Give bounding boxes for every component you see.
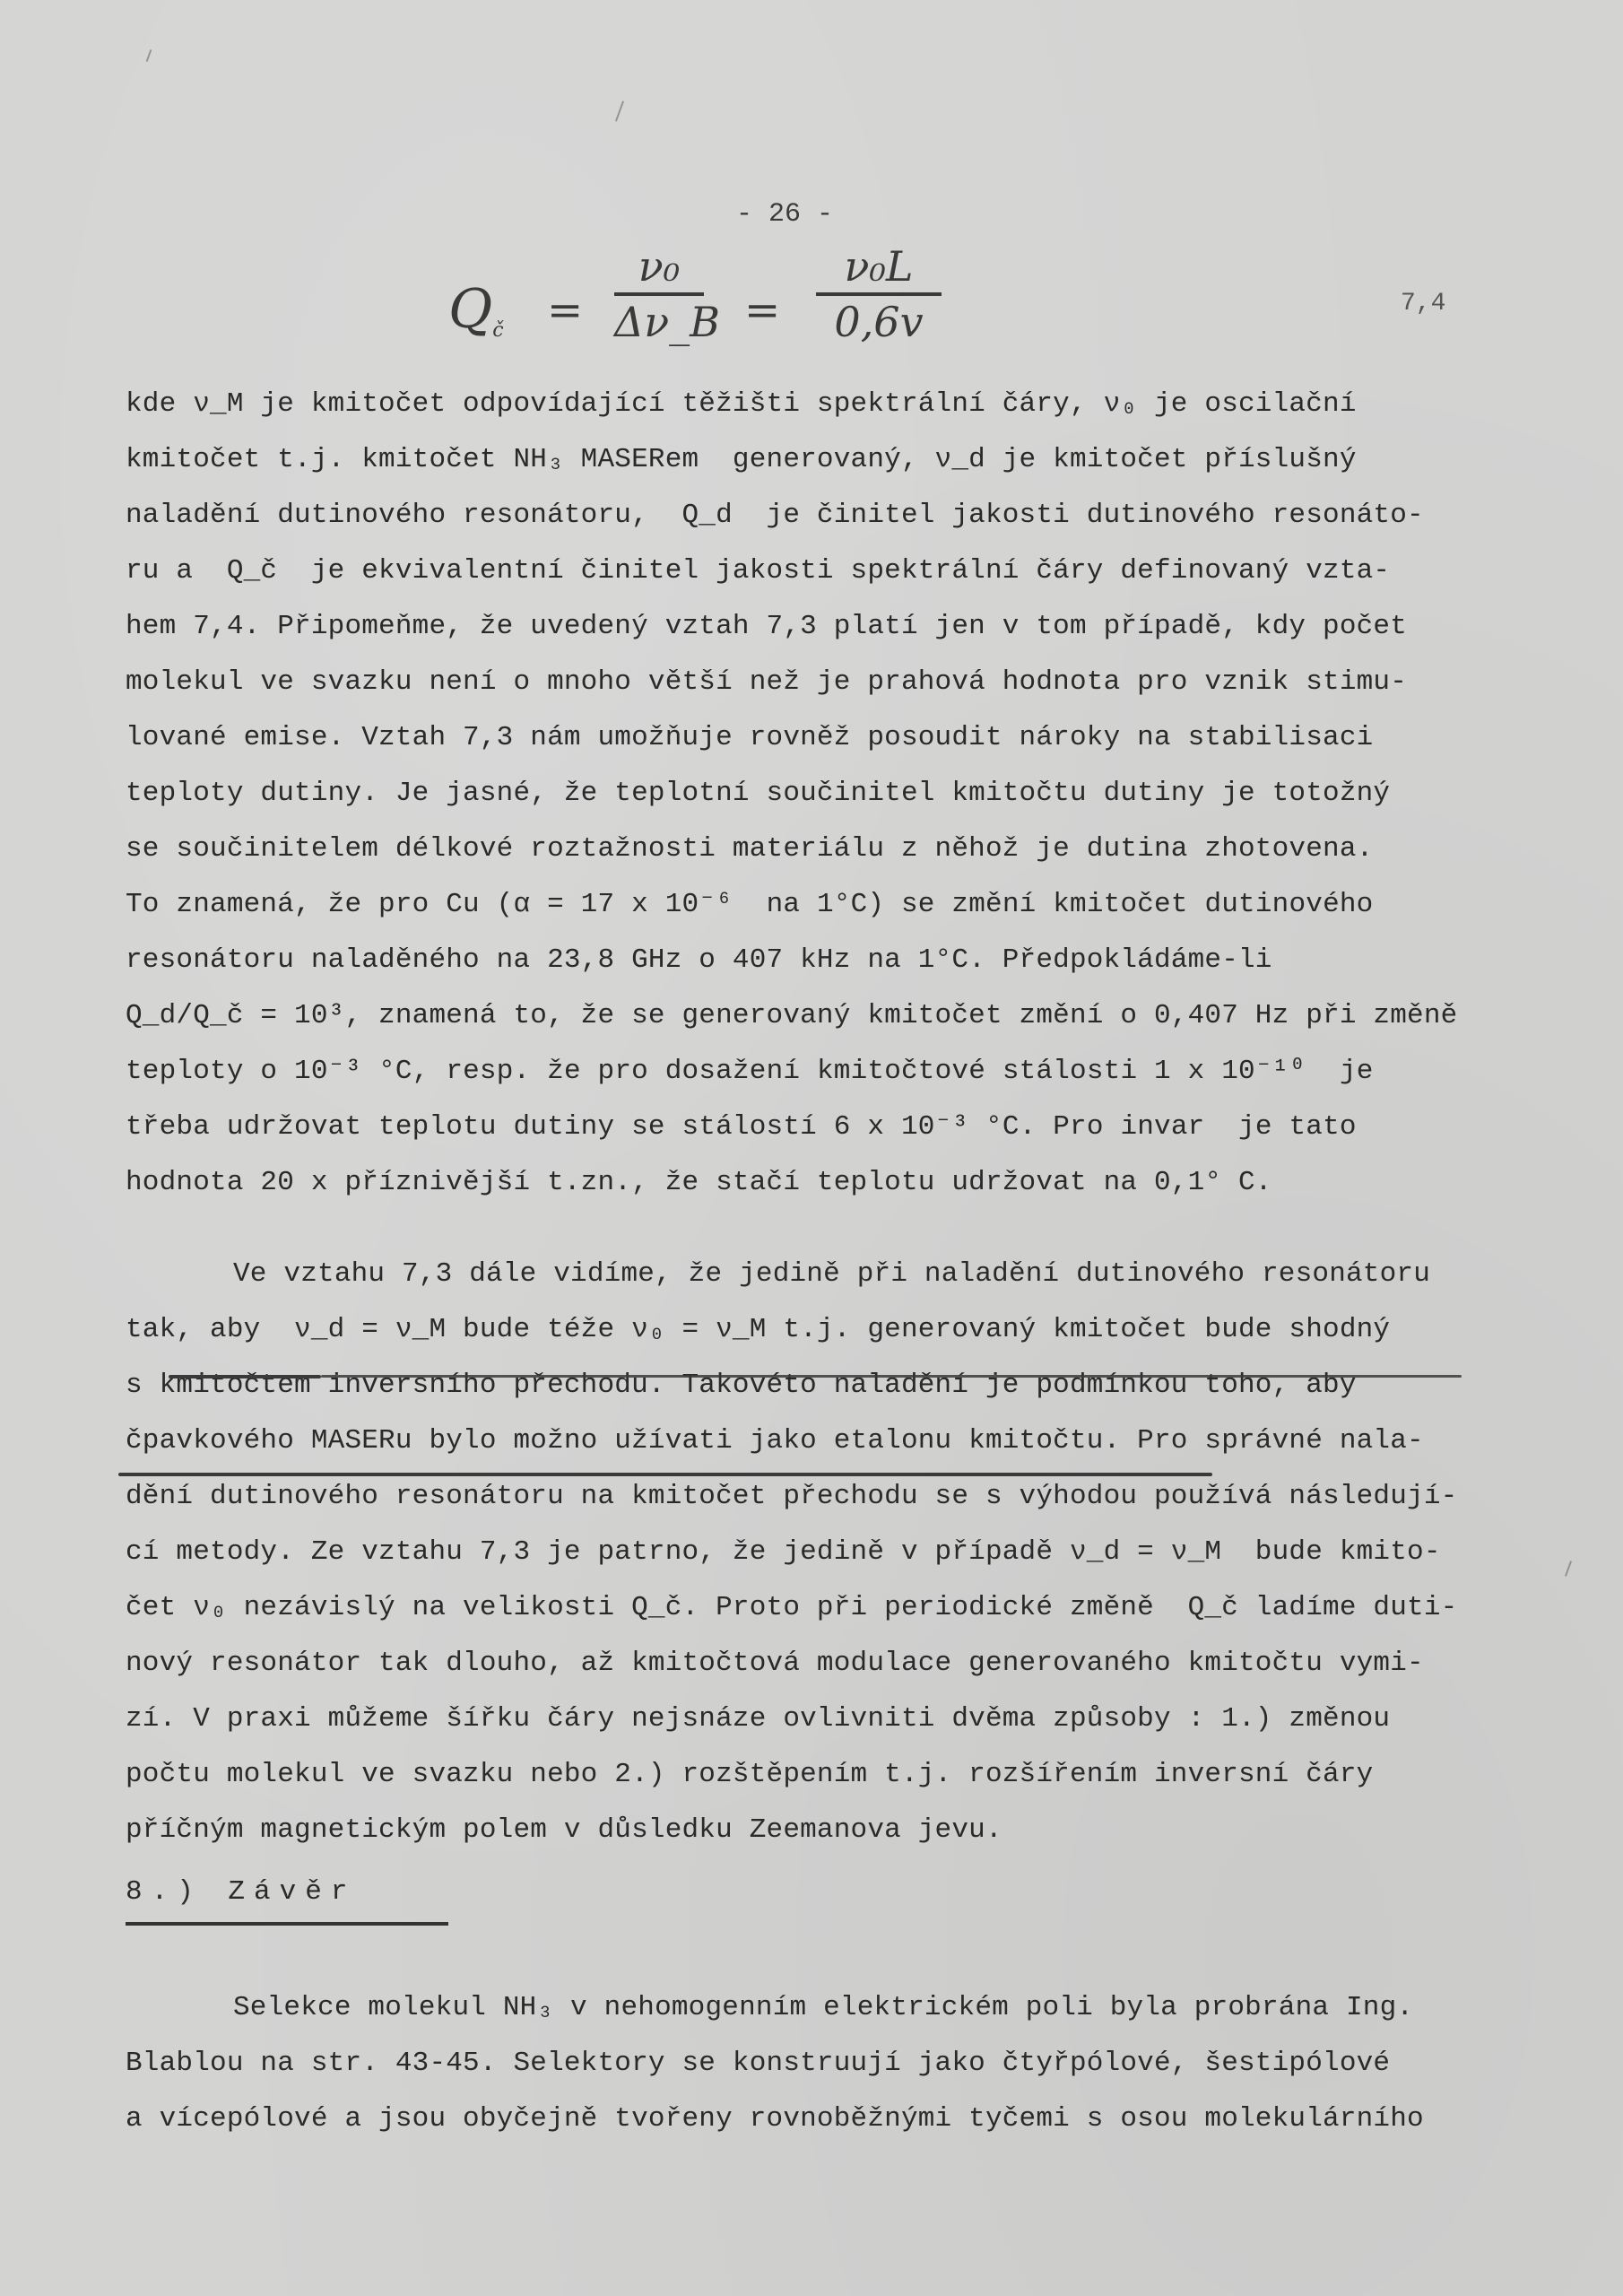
text-line: dění dutinového resonátoru na kmitočet p…: [126, 1469, 1578, 1525]
fraction-2: ν₀L 0,6v: [816, 242, 942, 346]
fraction-1: ν₀ Δν_B: [614, 242, 704, 346]
paragraph-3: Selekce molekul NH₃ v nehomogenním elekt…: [126, 1980, 1578, 2147]
equals-sign: =: [744, 285, 780, 335]
equation-7-4: Qč = ν₀ Δν_B = ν₀L 0,6v: [448, 242, 1345, 377]
equation-number: 7,4: [1401, 290, 1445, 317]
text-line: Ve vztahu 7,3 dále vidíme, že jedině při…: [126, 1247, 1578, 1302]
text-line: Blablou na str. 43-45. Selektory se kons…: [126, 2036, 1578, 2092]
text-line: počtu molekul ve svazku nebo 2.) rozštěp…: [126, 1747, 1578, 1803]
underline: [169, 1375, 321, 1378]
text-line: molekul ve svazku není o mnoho větší než…: [126, 655, 1578, 710]
text-line: nový resonátor tak dlouho, až kmitočtová…: [126, 1636, 1578, 1692]
text-line: Q_d/Q_č = 10³, znamená to, že se generov…: [126, 988, 1578, 1044]
text-line: kmitočet t.j. kmitočet NH₃ MASERem gener…: [126, 432, 1578, 488]
text-line: lované emise. Vztah 7,3 nám umožňuje rov…: [126, 710, 1578, 766]
section-heading: 8.) Závěr: [126, 1876, 356, 1908]
text-line: hem 7,4. Připomeňme, že uvedený vztah 7,…: [126, 599, 1578, 655]
text-line: čet ν₀ nezávislý na velikosti Q_č. Proto…: [126, 1580, 1578, 1636]
text-line: resonátoru naladěného na 23,8 GHz o 407 …: [126, 933, 1578, 988]
text-line: ru a Q_č je ekvivalentní činitel jakosti…: [126, 544, 1578, 599]
equals-sign: =: [547, 285, 583, 335]
text-line: kde ν_M je kmitočet odpovídající těžišti…: [126, 377, 1578, 432]
equation-lhs: Qč: [448, 278, 504, 342]
text-line: hodnota 20 x příznivější t.zn., že stačí…: [126, 1155, 1578, 1211]
underline: [118, 1473, 1212, 1476]
text-line: teploty dutiny. Je jasné, že teplotní so…: [126, 766, 1578, 822]
text-line: třeba udržovat teplotu dutiny se stálost…: [126, 1100, 1578, 1155]
text-line: příčným magnetickým polem v důsledku Zee…: [126, 1803, 1578, 1858]
text-line: zí. V praxi můžeme šířku čáry nejsnáze o…: [126, 1692, 1578, 1747]
text-line: Selekce molekul NH₃ v nehomogenním elekt…: [126, 1980, 1578, 2036]
text-line: se součinitelem délkové roztažnosti mate…: [126, 822, 1578, 877]
underline: [321, 1375, 1462, 1378]
text-line: cí metody. Ze vztahu 7,3 je patrno, že j…: [126, 1525, 1578, 1580]
text-line: naladění dutinového resonátoru, Q_d je č…: [126, 488, 1578, 544]
heading-underline: [126, 1922, 448, 1926]
page-number: - 26 -: [0, 199, 1596, 230]
text-line: s kmitočtem inversního přechodu. Takovét…: [126, 1358, 1578, 1413]
paragraph-2: Ve vztahu 7,3 dále vidíme, že jedině při…: [126, 1247, 1578, 1858]
text-line: a vícepólové a jsou obyčejně tvořeny rov…: [126, 2092, 1578, 2147]
text-line: To znamená, že pro Cu (α = 17 x 10⁻⁶ na …: [126, 877, 1578, 933]
text-line: teploty o 10⁻³ °C, resp. že pro dosažení…: [126, 1044, 1578, 1100]
text-line: tak, aby ν_d = ν_M bude téže ν₀ = ν_M t.…: [126, 1302, 1578, 1358]
text-line: čpavkového MASERu bylo možno užívati jak…: [126, 1413, 1578, 1469]
paragraph-1: kde ν_M je kmitočet odpovídající těžišti…: [126, 377, 1578, 1211]
